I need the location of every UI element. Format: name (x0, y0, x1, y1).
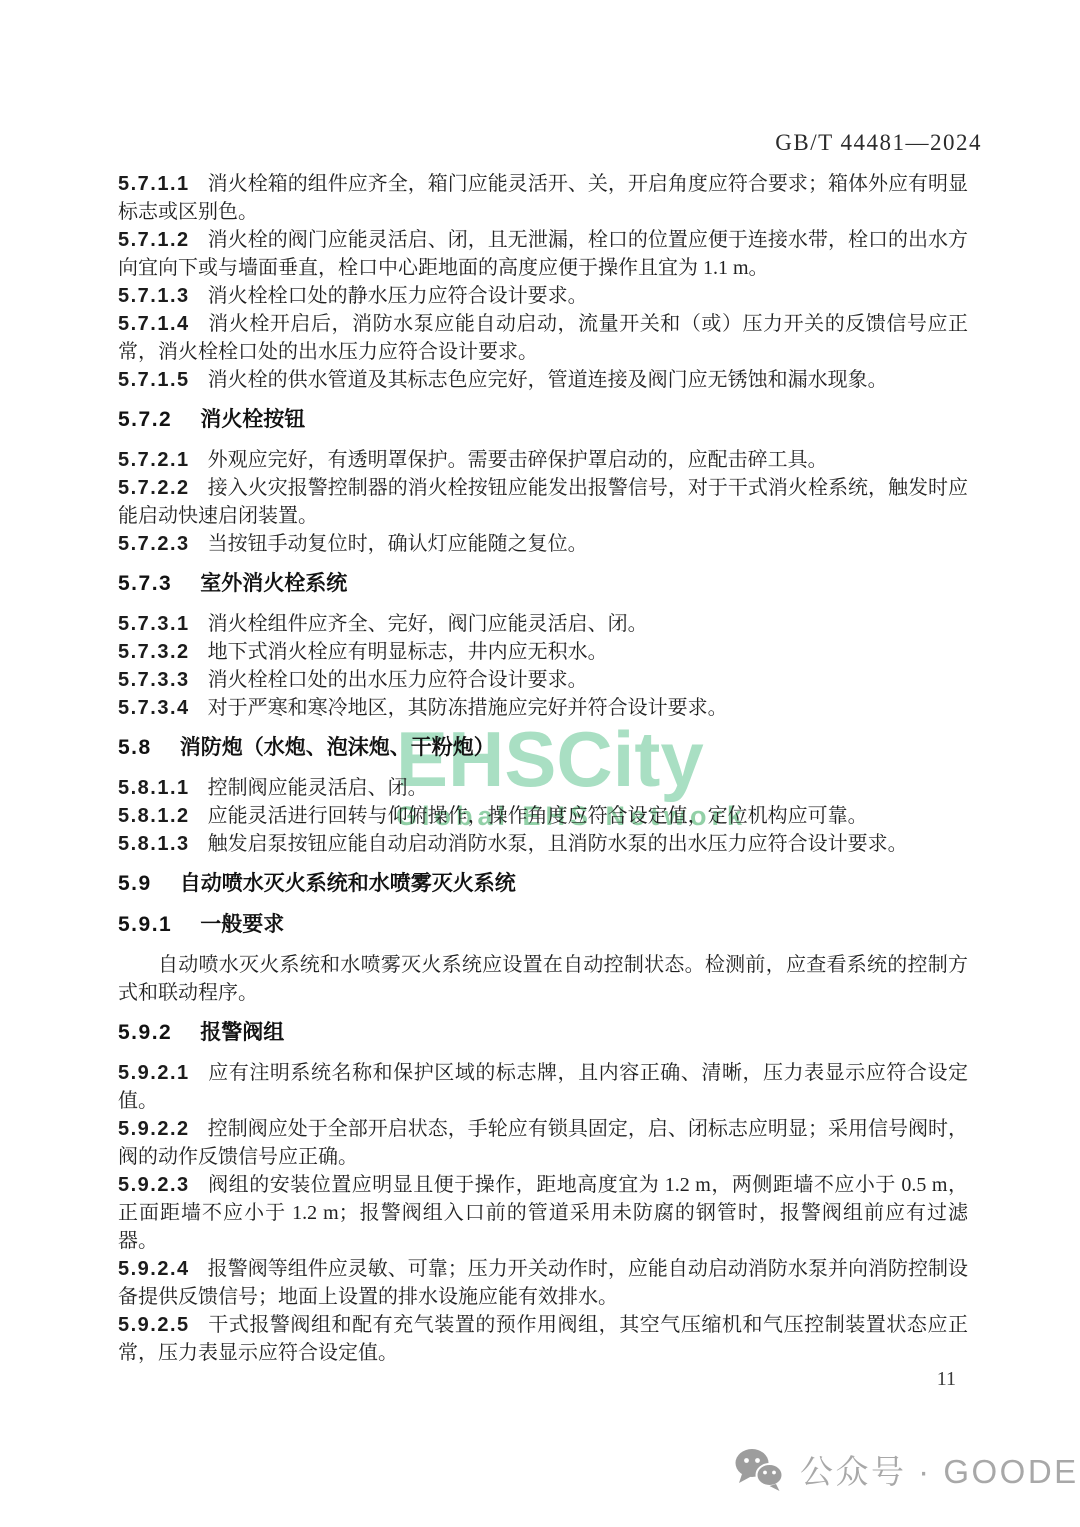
footer: 公众号 · GOODESH (733, 1446, 1080, 1493)
clause-number: 5.8.1.2 (118, 805, 190, 827)
clause-number: 5.9.2.3 (118, 1174, 190, 1196)
clause-text: 接入火灾报警控制器的消火栓按钮应能发出报警信号，对于干式消火栓系统，触发时应能启… (118, 477, 968, 527)
clause-text: 对于严寒和寒冷地区，其防冻措施应完好并符合设计要求。 (208, 697, 728, 719)
heading-number: 5.7.3 (118, 572, 172, 595)
clause: 5.7.1.1消火栓箱的组件应齐全，箱门应能灵活开、关，开启角度应符合要求；箱体… (118, 170, 968, 226)
section-heading: 5.9.1一般要求 (118, 910, 968, 940)
heading-title: 自动喷水灭火系统和水喷雾灭火系统 (180, 872, 516, 895)
heading-title: 一般要求 (200, 913, 284, 936)
clause: 5.7.2.2接入火灾报警控制器的消火栓按钮应能发出报警信号，对于干式消火栓系统… (118, 474, 968, 530)
section-heading: 5.8消防炮（水炮、泡沫炮、干粉炮） (118, 733, 968, 763)
clause-number: 5.7.1.1 (118, 173, 190, 195)
document-page: { "page": { "standard_number": "GB/T 444… (0, 0, 1080, 1527)
heading-title: 消火栓按钮 (200, 408, 305, 431)
clause-text: 消火栓组件应齐全、完好，阀门应能灵活启、闭。 (208, 613, 648, 635)
clause-number: 5.9.2.1 (118, 1062, 190, 1084)
clause-number: 5.7.3.3 (118, 669, 190, 691)
clause-text: 地下式消火栓应有明显标志，井内应无积水。 (208, 641, 608, 663)
clause-text: 消火栓箱的组件应齐全，箱门应能灵活开、关，开启角度应符合要求；箱体外应有明显标志… (118, 173, 968, 223)
clause-text: 干式报警阀组和配有充气装置的预作用阀组，其空气压缩机和气压控制装置状态应正常，压… (118, 1314, 968, 1364)
heading-number: 5.9.1 (118, 913, 172, 936)
clause: 5.9.2.4报警阀等组件应灵敏、可靠；压力开关动作时，应能自动启动消防水泵并向… (118, 1255, 968, 1311)
clause: 5.9.2.3阀组的安装位置应明显且便于操作，距地高度宜为 1.2 m，两侧距墙… (118, 1171, 968, 1255)
clause-number: 5.7.2.3 (118, 533, 190, 555)
clause-text: 触发启泵按钮应能自动启动消防水泵，且消防水泵的出水压力应符合设计要求。 (208, 833, 908, 855)
clause-number: 5.9.2.4 (118, 1258, 190, 1280)
clause-text: 阀组的安装位置应明显且便于操作，距地高度宜为 1.2 m，两侧距墙不应小于 0.… (118, 1174, 968, 1252)
heading-title: 室外消火栓系统 (200, 572, 347, 595)
heading-number: 5.8 (118, 736, 152, 759)
clause-number: 5.7.1.2 (118, 229, 190, 251)
clause-text: 应有注明系统名称和保护区域的标志牌，且内容正确、清晰，压力表显示应符合设定值。 (118, 1062, 968, 1112)
clause-text: 当按钮手动复位时，确认灯应能随之复位。 (208, 533, 588, 555)
clause-text: 报警阀等组件应灵敏、可靠；压力开关动作时，应能自动启动消防水泵并向消防控制设备提… (118, 1258, 968, 1308)
standard-number: GB/T 44481—2024 (775, 130, 982, 156)
heading-number: 5.7.2 (118, 408, 172, 431)
clause: 5.7.3.3消火栓栓口处的出水压力应符合设计要求。 (118, 666, 968, 694)
clause-number: 5.7.2.2 (118, 477, 190, 499)
clause-text: 外观应完好，有透明罩保护。需要击碎保护罩启动的，应配击碎工具。 (208, 449, 828, 471)
clause: 5.7.2.3当按钮手动复位时，确认灯应能随之复位。 (118, 530, 968, 558)
clause-text: 消火栓的供水管道及其标志色应完好，管道连接及阀门应无锈蚀和漏水现象。 (208, 369, 888, 391)
clause-text: 消火栓的阀门应能灵活启、闭，且无泄漏，栓口的位置应便于连接水带，栓口的出水方向宜… (118, 229, 968, 279)
clause-text: 应能灵活进行回转与仰俯操作，操作角度应符合设定值，定位机构应可靠。 (208, 805, 868, 827)
clause: 5.7.2.1外观应完好，有透明罩保护。需要击碎保护罩启动的，应配击碎工具。 (118, 446, 968, 474)
clause: 5.9.2.5干式报警阀组和配有充气装置的预作用阀组，其空气压缩机和气压控制装置… (118, 1311, 968, 1367)
heading-number: 5.9 (118, 872, 152, 895)
clause-text: 控制阀应能灵活启、闭。 (208, 777, 428, 799)
clause-text: 消火栓开启后，消防水泵应能自动启动，流量开关和（或）压力开关的反馈信号应正常，消… (118, 313, 968, 363)
clause: 5.7.1.3消火栓栓口处的静水压力应符合设计要求。 (118, 282, 968, 310)
clause-text: 消火栓栓口处的出水压力应符合设计要求。 (208, 669, 588, 691)
heading-number: 5.9.2 (118, 1021, 172, 1044)
clause-number: 5.7.3.2 (118, 641, 190, 663)
page-number: 11 (937, 1368, 956, 1391)
clause: 5.9.2.1应有注明系统名称和保护区域的标志牌，且内容正确、清晰，压力表显示应… (118, 1059, 968, 1115)
paragraph: 自动喷水灭火系统和水喷雾灭火系统应设置在自动控制状态。检测前，应查看系统的控制方… (118, 951, 968, 1007)
clause: 5.8.1.3触发启泵按钮应能自动启动消防水泵，且消防水泵的出水压力应符合设计要… (118, 830, 968, 858)
clause-number: 5.7.2.1 (118, 449, 190, 471)
wechat-icon (733, 1447, 785, 1493)
clause-number: 5.7.1.5 (118, 369, 190, 391)
clause-number: 5.7.1.3 (118, 285, 190, 307)
footer-label: 公众号 · GOODESH (800, 1446, 1080, 1493)
clause-number: 5.7.1.4 (118, 313, 190, 335)
document-body: 5.7.1.1消火栓箱的组件应齐全，箱门应能灵活开、关，开启角度应符合要求；箱体… (118, 170, 968, 1367)
heading-title: 消防炮（水炮、泡沫炮、干粉炮） (180, 736, 495, 759)
clause: 5.9.2.2控制阀应处于全部开启状态，手轮应有锁具固定，启、闭标志应明显；采用… (118, 1115, 968, 1171)
clause-text: 控制阀应处于全部开启状态，手轮应有锁具固定，启、闭标志应明显；采用信号阀时，阀的… (118, 1118, 968, 1168)
clause: 5.7.3.2地下式消火栓应有明显标志，井内应无积水。 (118, 638, 968, 666)
clause: 5.7.3.1消火栓组件应齐全、完好，阀门应能灵活启、闭。 (118, 610, 968, 638)
clause: 5.8.1.1控制阀应能灵活启、闭。 (118, 774, 968, 802)
heading-title: 报警阀组 (200, 1021, 284, 1044)
section-heading: 5.7.3室外消火栓系统 (118, 569, 968, 599)
clause-number: 5.9.2.5 (118, 1314, 190, 1336)
clause-number: 5.8.1.3 (118, 833, 190, 855)
clause: 5.7.1.5消火栓的供水管道及其标志色应完好，管道连接及阀门应无锈蚀和漏水现象… (118, 366, 968, 394)
clause-text: 消火栓栓口处的静水压力应符合设计要求。 (208, 285, 588, 307)
clause: 5.7.1.4消火栓开启后，消防水泵应能自动启动，流量开关和（或）压力开关的反馈… (118, 310, 968, 366)
clause-number: 5.7.3.4 (118, 697, 190, 719)
clause-number: 5.7.3.1 (118, 613, 190, 635)
section-heading: 5.9.2报警阀组 (118, 1018, 968, 1048)
clause: 5.8.1.2应能灵活进行回转与仰俯操作，操作角度应符合设定值，定位机构应可靠。 (118, 802, 968, 830)
clause: 5.7.1.2消火栓的阀门应能灵活启、闭，且无泄漏，栓口的位置应便于连接水带，栓… (118, 226, 968, 282)
clause: 5.7.3.4对于严寒和寒冷地区，其防冻措施应完好并符合设计要求。 (118, 694, 968, 722)
clause-number: 5.9.2.2 (118, 1118, 190, 1140)
clause-number: 5.8.1.1 (118, 777, 190, 799)
section-heading: 5.7.2消火栓按钮 (118, 405, 968, 435)
section-heading: 5.9自动喷水灭火系统和水喷雾灭火系统 (118, 869, 968, 899)
